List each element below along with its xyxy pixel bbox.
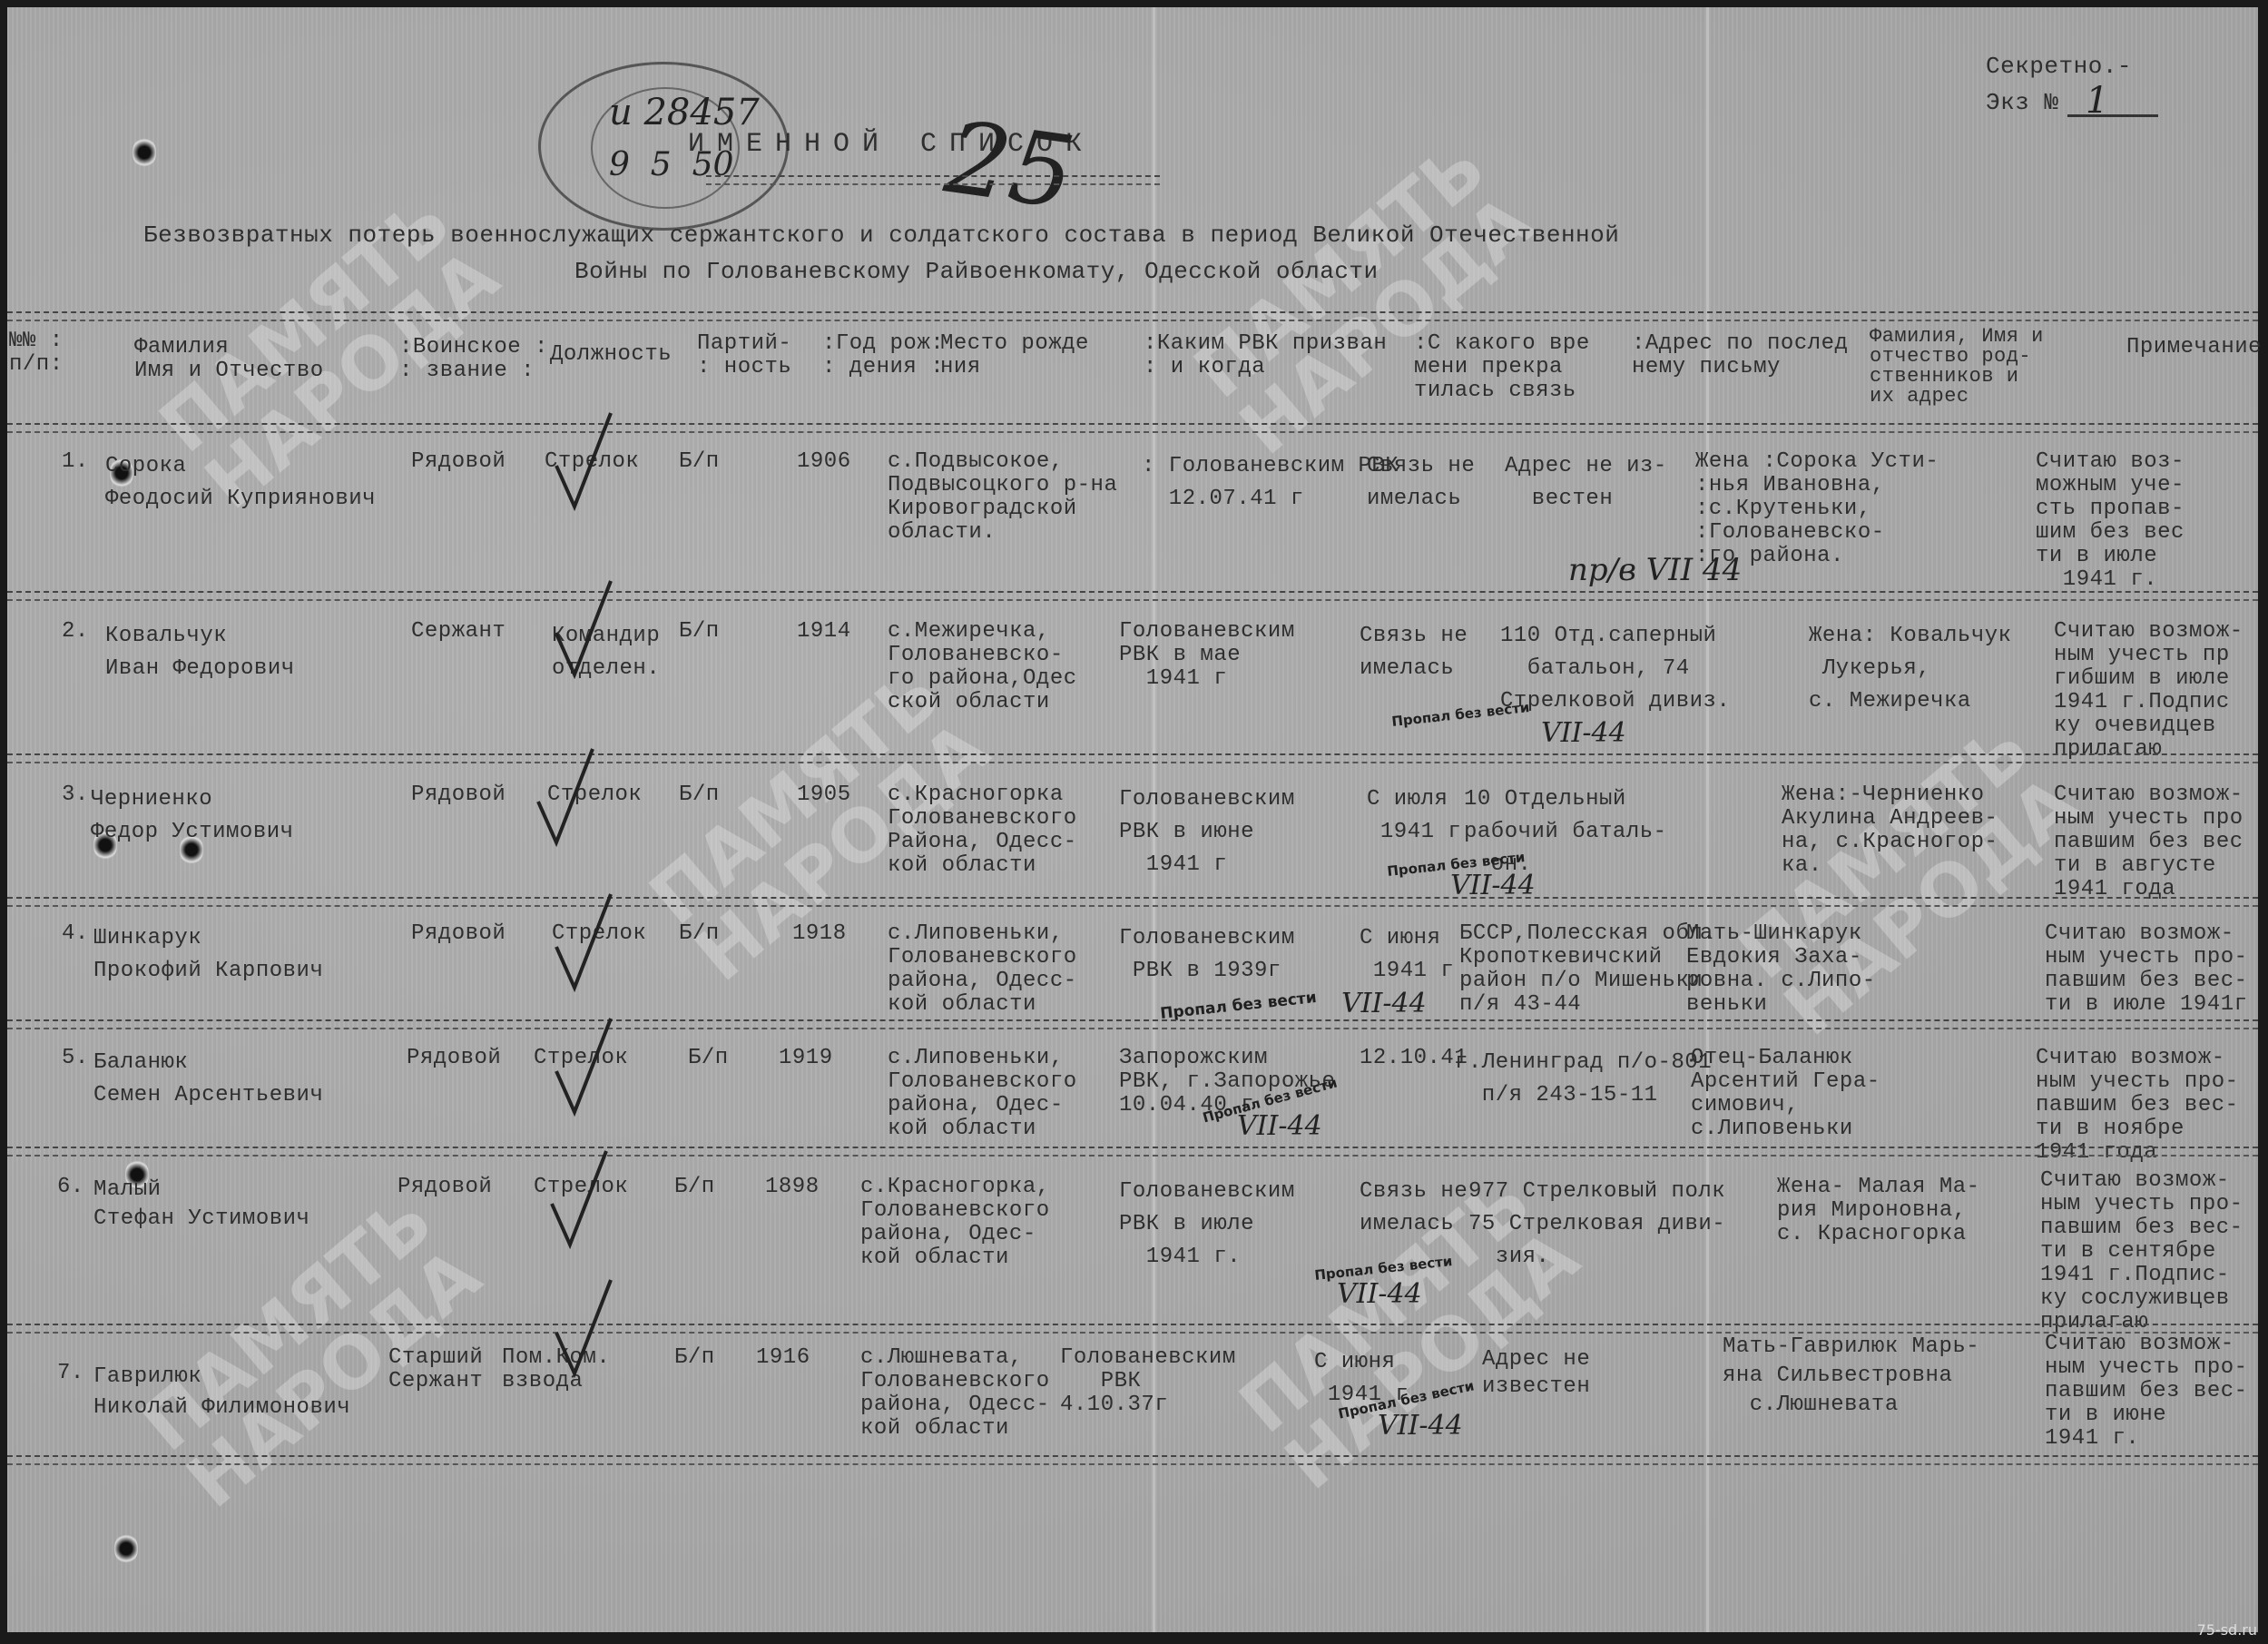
col-last-address: :Адрес по послед нему письму <box>1632 332 1848 379</box>
row-rvk: Голованевским РВК в 1939г <box>1119 922 1295 988</box>
copy-underline <box>2067 114 2158 117</box>
row-name: Сорока Феодосий Куприянович <box>105 450 376 516</box>
row-relatives: Жена:-Черниенко Акулина Андреев- на, с.К… <box>1782 783 1998 878</box>
row-relatives: Мать-Гаврилюк Марь- яна Сильвестровна с.… <box>1723 1333 1979 1420</box>
row-birthplace: с.Липовеньки, Голованевского района, Оде… <box>888 922 1077 1017</box>
row-birthplace: с.Подвысокое, Подвысоцкого р-на Кировогр… <box>888 450 1117 545</box>
row-lost-contact: С июля 1941 г <box>1367 783 1461 849</box>
row-name: Черниенко Федор Устимович <box>91 783 294 849</box>
row-num: 2. <box>62 620 89 644</box>
row-party: Б/п <box>674 1346 715 1370</box>
row-rank: Старший Сержант <box>388 1346 483 1393</box>
row-note: Считаю возмож- ным учесть про- павшим бе… <box>2040 1169 2243 1334</box>
handwritten-annotation: VII-44 <box>1341 988 1427 1019</box>
row-birth-year: 1914 <box>797 620 851 644</box>
row-party: Б/п <box>679 783 720 807</box>
row-rank: Рядовой <box>411 922 506 946</box>
row-birth-year: 1905 <box>797 783 851 807</box>
row-last-address: БССР,Полесская обл. Кропоткевичский райо… <box>1459 922 1716 1017</box>
row-last-address: 977 Стрелковый полк 75 Стрелковая диви- … <box>1468 1176 1725 1274</box>
row-rvk: Голованевским РВК в июле 1941 г. <box>1119 1176 1295 1274</box>
row-name: Малый Стефан Устимович <box>93 1176 309 1234</box>
checkmark-icon <box>552 1278 615 1378</box>
row-rank: Сержант <box>411 620 506 644</box>
row-relatives: Жена: Ковальчук Лукерья, с. Межиречка <box>1809 620 2012 718</box>
row-birthplace: с.Люшневата, Голованевского района, Одес… <box>860 1346 1050 1441</box>
row-rule <box>7 1019 2258 1029</box>
row-name: Баланюк Семен Арсентьевич <box>93 1047 323 1112</box>
handwritten-annotation: VII-44 <box>1337 1278 1422 1310</box>
row-rvk: Голованевским РВК 4.10.37г <box>1060 1346 1236 1417</box>
punch-hole <box>114 1532 138 1565</box>
row-birthplace: с.Красногорка, Голованевского района, Од… <box>860 1176 1050 1270</box>
checkmark-icon <box>534 747 597 847</box>
row-birthplace: с.Межиречка, Голованевско- го района,Оде… <box>888 620 1077 714</box>
title-rule <box>706 175 1160 185</box>
col-relatives: Фамилия, Имя и отчество род- ственников … <box>1870 327 2044 407</box>
row-relatives: Мать-Шинкарук Евдокия Заха- ровна. с.Лип… <box>1686 922 1876 1017</box>
paper-fold <box>1706 7 1709 1632</box>
row-num: 6. <box>57 1176 84 1199</box>
row-lost-contact: С июня 1941 г <box>1360 922 1454 988</box>
row-note: Считаю возмож- ным учесть про павшим без… <box>2054 783 2243 901</box>
row-rule <box>7 591 2258 601</box>
checkmark-icon <box>552 411 615 511</box>
row-note: Считаю возмож- ным учесть про- павшим бе… <box>2045 922 2248 1017</box>
subtitle-line2: Войны по Голованевскому Райвоенкомату, О… <box>574 260 1379 283</box>
row-rank: Рядовой <box>398 1176 492 1199</box>
row-rvk: Голованевским РВК в июне 1941 г <box>1119 783 1295 881</box>
row-birthplace: с.Липовеньки, Голованевского района, Оде… <box>888 1047 1077 1141</box>
row-rank: Рядовой <box>407 1047 501 1070</box>
row-rule <box>7 1147 2258 1157</box>
col-rank: :Воинское : : звание : <box>399 336 548 383</box>
row-last-address: г.Ленинград п/о-801 п/я 243-15-11 <box>1455 1047 1712 1112</box>
row-birth-year: 1916 <box>756 1346 810 1370</box>
row-rule <box>7 753 2258 763</box>
row-note: Считаю воз- можным уче- сть пропав- шим … <box>2036 450 2185 592</box>
row-party: Б/п <box>679 450 720 474</box>
row-num: 3. <box>62 783 89 807</box>
checkmark-icon <box>552 1017 615 1117</box>
row-party: Б/п <box>679 620 720 644</box>
row-note: Считаю возмож- ным учесть пр гибшим в ию… <box>2054 620 2243 762</box>
watermark: ПАМЯТЬ НАРОДА <box>1182 129 1546 467</box>
checkmark-icon <box>547 1149 611 1249</box>
row-relatives: Отец-Баланюк Арсентий Гера- симович, с.Л… <box>1691 1047 1880 1141</box>
subtitle-line1: Безвозвратных потерь военнослужащих серж… <box>143 223 1619 247</box>
handwritten-annotation: VII-44 <box>1237 1110 1322 1142</box>
row-relatives: Жена :Сорока Усти- :нья Ивановна, :с.Кру… <box>1695 450 1939 568</box>
table-top-rule <box>7 311 2258 321</box>
source-watermark: 75-sd.ru <box>2197 1621 2257 1639</box>
document-page: ПАМЯТЬ НАРОДА ПАМЯТЬ НАРОДА ПАМЯТЬ НАРОД… <box>7 7 2258 1632</box>
row-num: 4. <box>62 922 89 946</box>
row-birth-year: 1898 <box>765 1176 820 1199</box>
row-rvk: : Голованевским РВК 12.07.41 г <box>1142 450 1399 516</box>
row-num: 1. <box>62 450 89 474</box>
row-lost-contact: Связь не имелась <box>1360 1176 1468 1241</box>
col-position: Должность <box>550 343 672 367</box>
table-bottom-rule <box>7 1455 2258 1465</box>
row-lost-contact: Связь не имелась <box>1367 450 1475 516</box>
row-lost-contact: 12.10.41 <box>1360 1047 1468 1070</box>
row-name: Гаврилюк Николай Филимонович <box>93 1362 350 1423</box>
row-lost-contact: Связь не имелась <box>1360 620 1468 685</box>
row-birth-year: 1919 <box>779 1047 833 1070</box>
handwritten-page-number: 25 <box>939 99 1081 231</box>
missing-stamp: Пропал без вести <box>1390 699 1530 730</box>
row-birth-year: 1906 <box>797 450 851 474</box>
row-rank: Рядовой <box>411 450 506 474</box>
stamp-number: и 28457 <box>609 92 760 133</box>
row-party: Б/п <box>674 1176 715 1199</box>
copy-label: Экз № <box>1986 91 2059 114</box>
row-last-address: Адрес не известен <box>1482 1346 1590 1401</box>
row-last-address: 110 Отд.саперный батальон, 74 Стрелковой… <box>1500 620 1730 718</box>
row-birth-year: 1918 <box>792 922 847 946</box>
row-name: Шинкарук Прокофий Карпович <box>93 922 323 988</box>
missing-stamp: Пропал без вести <box>1159 989 1317 1023</box>
col-note: Примечание <box>2126 336 2262 359</box>
checkmark-icon <box>552 892 615 992</box>
row-birthplace: с.Красногорка Голованевского Района, Оде… <box>888 783 1077 878</box>
col-party: Партий- : ность <box>697 332 791 379</box>
row-num: 5. <box>62 1047 89 1070</box>
row-rank: Рядовой <box>411 783 506 807</box>
col-lost-contact: :С какого вре мени прекра тилась связь <box>1414 332 1590 403</box>
row-num: 7. <box>57 1362 84 1385</box>
secret-label: Секретно.- <box>1986 54 2132 78</box>
header-bottom-rule <box>7 423 2258 433</box>
row-relatives: Жена- Малая Ма- рия Мироновна, с. Красно… <box>1777 1176 1980 1246</box>
col-num: №№ : п/п: <box>9 330 64 377</box>
handwritten-annotation: VII-44 <box>1378 1410 1463 1442</box>
row-name: Ковальчук Иван Федорович <box>105 620 295 685</box>
row-last-address: Адрес не из- вестен <box>1505 450 1667 516</box>
handwritten-annotation: VII-44 <box>1541 717 1626 749</box>
row-note: Считаю возмож- ным учесть про- павшим бе… <box>2045 1333 2248 1451</box>
punch-hole <box>133 136 156 169</box>
row-party: Б/п <box>688 1047 729 1070</box>
col-birthplace: Место рожде ния <box>940 332 1089 379</box>
col-name: Фамилия Имя и Отчество <box>134 336 324 383</box>
row-rvk: Голованевским РВК в мае 1941 г <box>1119 620 1295 691</box>
col-rvk: :Каким РВК призван : и когда <box>1144 332 1387 379</box>
checkmark-icon <box>552 579 615 679</box>
row-party: Б/п <box>679 922 720 946</box>
col-birth-year: :Год рож: : дения : <box>822 332 944 379</box>
row-rule <box>7 897 2258 907</box>
handwritten-annotation: пр/в VII 44 <box>1568 552 1742 588</box>
